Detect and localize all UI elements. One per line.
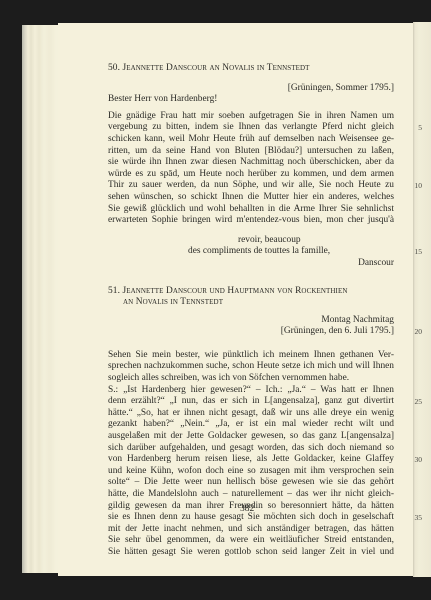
letter-50-closing-1: revoir, beaucoup [108,235,394,247]
letter-51-heading-2: an Novalis in Tennstedt [108,297,394,309]
line-text: Sehen Sie mein bester, wie pünktlich ich… [108,350,394,360]
text-line: Sehen Sie mein bester, wie pünktlich ich… [108,350,394,362]
book-page-edges [22,25,62,573]
place-date-text: [Grüningen, den 6. Juli 1795.] [281,326,394,336]
text-line: schicken kann, weil Mohr Heute früh auf … [108,134,394,146]
line-text: Die gnädige Frau hatt mir soeben aufgetr… [108,111,394,121]
line-text: hätte.“ „So, hat er ihnen nicht gesagt, … [108,408,394,418]
line-number: 5 [418,122,422,134]
letter-51-place-date: [Grüningen, den 6. Juli 1795.]20 [108,326,394,338]
letter-50-body: Die gnädige Frau hatt mir soeben aufgetr… [108,111,394,227]
line-text: Sie sehr übel genommen, da were ein weit… [108,535,394,545]
line-number: 15 [415,246,423,258]
text-line: denn erzählt?“ „I nun, das er sich in L[… [108,396,394,408]
line-text: mit der Jette inacht nehmen, und sich an… [108,524,394,534]
letter-51-body: Sehen Sie mein bester, wie pünktlich ich… [108,350,394,559]
line-text: vergebung zu bitten, indem sie Ihnen das… [108,122,394,132]
text-line: ausgelaßen mit der Jette Goldacker gewes… [108,431,394,443]
text-line: S.: „Ist Hardenberg hier gewesen?“ – Ich… [108,385,394,397]
text-line: von Hardenberg herum reisen liese, als J… [108,454,394,466]
text-line: erwarteten Sophie bringen wird m'entende… [108,215,394,227]
page-number: 382 [240,504,254,514]
line-number: 30 [415,454,423,466]
line-number: 10 [415,180,423,192]
text-line: sogleich alles schreiben, was ich von Sö… [108,373,394,385]
letter-50-salutation: Bester Herr von Hardenberg! [108,94,394,106]
line-number: 35 [415,512,423,524]
line-text: ritten, um da seine Hand von Bluten [Blö… [108,146,394,156]
line-text: sie würde ihn Ihnen zwar diesen Nachmitt… [108,157,394,167]
line-text: sehen wünschen, so schickt Ihnen die Mut… [108,192,394,202]
line-text: würde es zu spād, um Heute noch herüber … [108,169,394,179]
page-content: 50. Jeannette Danscour an Novalis in Ten… [108,63,394,559]
text-line: würde es zu spād, um Heute noch herüber … [108,169,394,181]
line-text: Thir zu sauer werden, da nun Söphe, und … [108,180,394,190]
text-line: sich darüber aufgehalden, und gesagt wor… [108,443,394,455]
text-line: Sie gewiß glücklich und wohl behallten i… [108,204,394,216]
text-line: sie würde ihn Ihnen zwar diesen Nachmitt… [108,157,394,169]
line-text: S.: „Ist Hardenberg hier gewesen?“ – Ich… [108,385,394,395]
line-text: Sie hätten gesagt Sie weren gottlob scho… [108,547,394,557]
line-text: denn erzählt?“ „I nun, das er sich in L[… [108,396,394,406]
text-line: Die gnädige Frau hatt mir soeben aufgetr… [108,111,394,123]
line-text: und keine Kühn, wofon doch eine so zusag… [108,466,394,476]
line-text: sich darüber aufgehalden, und gesagt wor… [108,443,394,453]
line-text: schicken kann, weil Mohr Heute früh auf … [108,134,394,144]
text-line: Sie hätten gesagt Sie weren gottlob scho… [108,547,394,559]
letter-50-heading: 50. Jeannette Danscour an Novalis in Ten… [108,63,394,75]
text-line: gezankt haben?“ „Nein.“ „Ja, er ist ein … [108,419,394,431]
line-text: Sie gewiß glücklich und wohl behallten i… [108,204,394,214]
letter-50-place-date: [Grüningen, Sommer 1795.] [108,83,394,95]
letter-50-signature: Danscour [108,258,394,270]
line-number: 20 [415,326,423,338]
text-line: mit der Jette inacht nehmen, und sich an… [108,524,394,536]
line-text: solte“ – Die Jette weer nun hellisch bös… [108,477,394,487]
line-text: sprechen nachzukommen suche, schon Heute… [108,361,394,371]
text-line: Sie sehr übel genommen, da were ein weit… [108,535,394,547]
text-line: solte“ – Die Jette weer nun hellisch bös… [108,477,394,489]
line-text: von Hardenberg herum reisen liese, als J… [108,454,394,464]
line-text: ausgelaßen mit der Jette Goldacker gewes… [108,431,394,441]
text-line: hätte, die Mandelslohn auch – naturellem… [108,489,394,501]
line-text: erwarteten Sophie bringen wird m'entende… [108,215,394,225]
text-line: sprechen nachzukommen suche, schon Heute… [108,361,394,373]
text-line: vergebung zu bitten, indem sie Ihnen das… [108,122,394,134]
text-line: und keine Kühn, wofon doch eine so zusag… [108,466,394,478]
text-line: ritten, um da seine Hand von Bluten [Blö… [108,146,394,158]
line-text: sogleich alles schreiben, was ich von Sö… [108,373,349,383]
book-right-edge [413,22,431,577]
line-text: gezankt haben?“ „Nein.“ „Ja, er ist ein … [108,419,394,429]
letter-51-day: Montag Nachmitag [108,315,394,327]
letter-51-heading-1: 51. Jeannette Danscour und Hauptmann von… [108,286,394,298]
text-line: sehen wünschen, so schickt Ihnen die Mut… [108,192,394,204]
text-line: hätte.“ „So, hat er ihnen nicht gesagt, … [108,408,394,420]
line-text: hätte, die Mandelslohn auch – naturellem… [108,489,394,499]
letter-50-closing-2: des compliments de touttes la famille,15 [108,246,394,258]
text-line: Thir zu sauer werden, da nun Söphe, und … [108,180,394,192]
line-number: 25 [415,396,423,408]
closing-text: des compliments de touttes la famille, [188,246,330,256]
